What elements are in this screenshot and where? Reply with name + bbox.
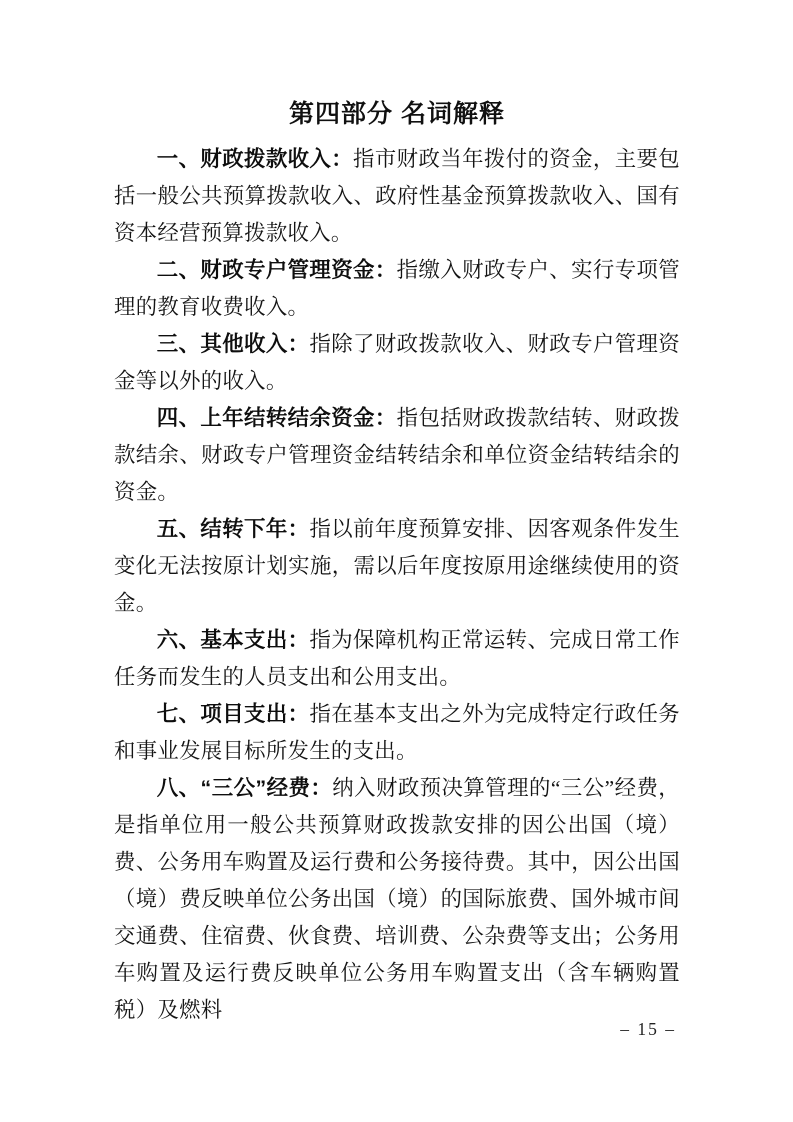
glossary-paragraph: 五、结转下年：指以前年度预算安排、因客观条件发生变化无法按原计划实施，需以后年度…	[114, 511, 680, 622]
glossary-paragraph: 一、财政拨款收入：指市财政当年拨付的资金，主要包括一般公共预算拨款收入、政府性基…	[114, 141, 680, 252]
page-title: 第四部分 名词解释	[114, 97, 680, 131]
glossary-term: 三、其他收入：	[157, 332, 310, 356]
glossary-paragraph: 三、其他收入：指除了财政拨款收入、财政专户管理资金等以外的收入。	[114, 326, 680, 400]
glossary-term: 五、结转下年：	[157, 517, 310, 541]
glossary-paragraph: 七、项目支出：指在基本支出之外为完成特定行政任务和事业发展目标所发生的支出。	[114, 696, 680, 770]
page-number: – 15 –	[620, 1017, 676, 1041]
glossary-definition: 纳入财政预决算管理的“三公”经费，是指单位用一般公共预算财政拨款安排的因公出国（…	[114, 776, 680, 1022]
glossary-term: 六、基本支出：	[157, 628, 310, 652]
glossary-paragraph: 二、财政专户管理资金：指缴入财政专户、实行专项管理的教育收费收入。	[114, 252, 680, 326]
glossary-term: 二、财政专户管理资金：	[157, 258, 397, 282]
glossary-term: 七、项目支出：	[157, 702, 310, 726]
glossary-body: 一、财政拨款收入：指市财政当年拨付的资金，主要包括一般公共预算拨款收入、政府性基…	[114, 141, 680, 1029]
document-page: 第四部分 名词解释 一、财政拨款收入：指市财政当年拨付的资金，主要包括一般公共预…	[0, 0, 793, 1122]
glossary-term: 一、财政拨款收入：	[157, 147, 353, 171]
glossary-paragraph: 八、“三公”经费：纳入财政预决算管理的“三公”经费，是指单位用一般公共预算财政拨…	[114, 770, 680, 1029]
glossary-paragraph: 四、上年结转结余资金：指包括财政拨款结转、财政拨款结余、财政专户管理资金结转结余…	[114, 400, 680, 511]
glossary-term: 八、“三公”经费：	[157, 776, 332, 800]
glossary-paragraph: 六、基本支出：指为保障机构正常运转、完成日常工作任务而发生的人员支出和公用支出。	[114, 622, 680, 696]
glossary-term: 四、上年结转结余资金：	[157, 406, 397, 430]
